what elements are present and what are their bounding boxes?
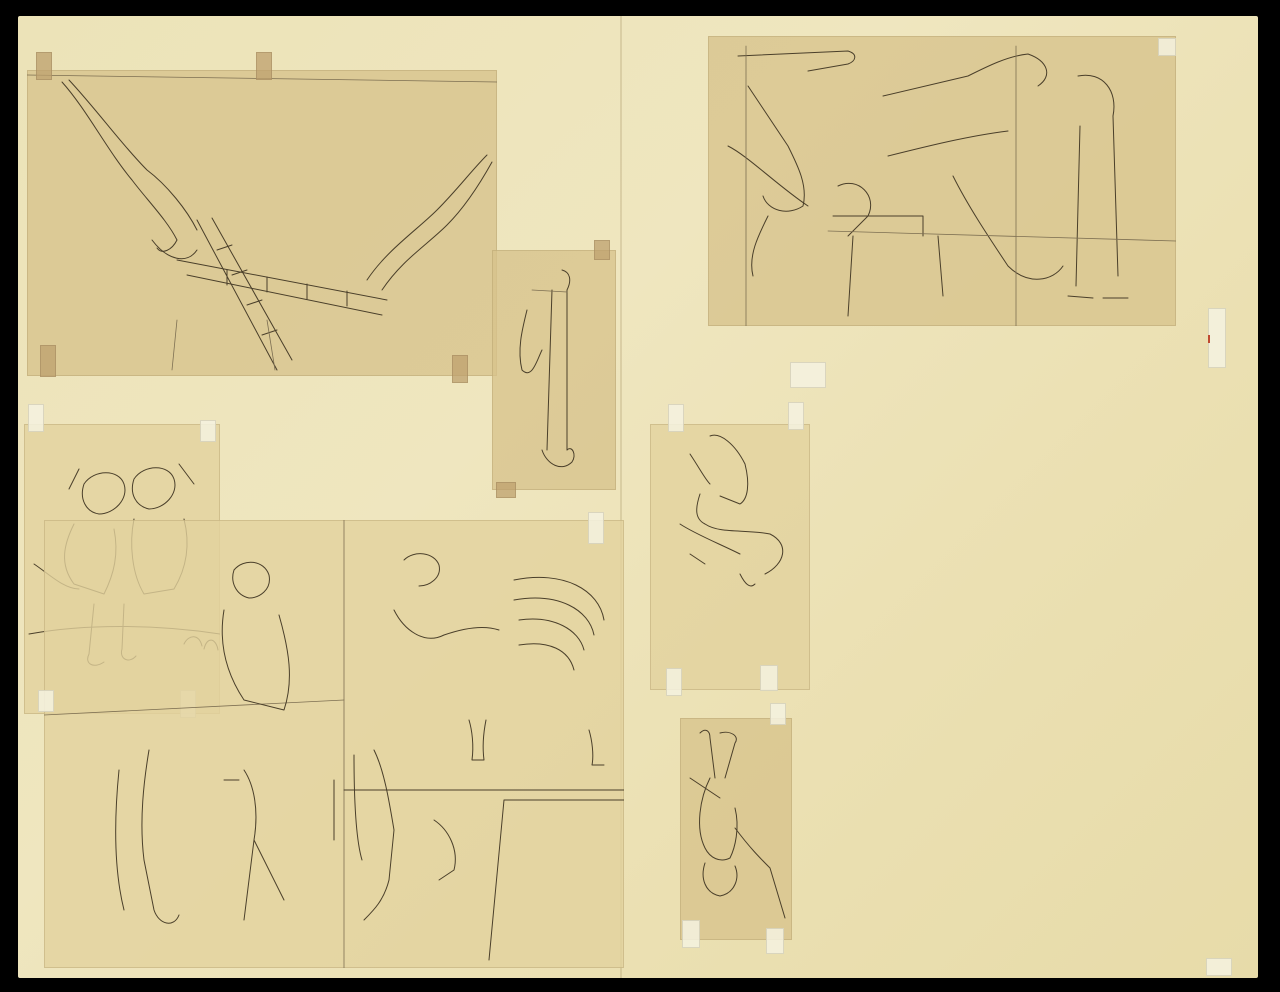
sheet-acrobats-ladder: [27, 70, 497, 376]
tape-strip: [452, 355, 468, 383]
tape-strip: [588, 512, 604, 544]
tape-strip: [40, 345, 56, 377]
sheet-inverted-figure-bottom: [680, 718, 792, 940]
tape-strip: [496, 482, 516, 498]
acrobats-ladder-sketch: [27, 70, 497, 376]
group-figures-sketch: [708, 36, 1176, 326]
tape-strip: [770, 703, 786, 725]
sheet-standing-figure-small: [492, 250, 616, 490]
tape-strip: [256, 52, 272, 80]
tape-strip: [1158, 38, 1176, 56]
sheet-animals-sketch: [650, 424, 810, 690]
tape-strip: [28, 404, 44, 432]
tape-strip: [790, 362, 826, 388]
tape-strip: [36, 52, 52, 80]
animals-sketch: [650, 424, 810, 690]
tape-strip: [594, 240, 610, 260]
large-composite-sketch: [44, 520, 624, 968]
standing-figure-sketch: [492, 250, 616, 490]
inverted-figure-sketch: [680, 718, 792, 940]
red-mark: [1208, 335, 1210, 343]
tape-strip: [200, 420, 216, 442]
tape-strip: [38, 690, 54, 712]
tape-strip: [668, 404, 684, 432]
tape-strip: [1206, 958, 1232, 976]
sheet-large-composite: [44, 520, 624, 968]
tape-strip: [766, 928, 784, 954]
tape-strip: [666, 668, 682, 696]
sheet-group-figures: [708, 36, 1176, 326]
tape-strip: [788, 402, 804, 430]
tape-strip: [682, 920, 700, 948]
tag-right: [1208, 308, 1226, 368]
tape-strip: [760, 665, 778, 691]
